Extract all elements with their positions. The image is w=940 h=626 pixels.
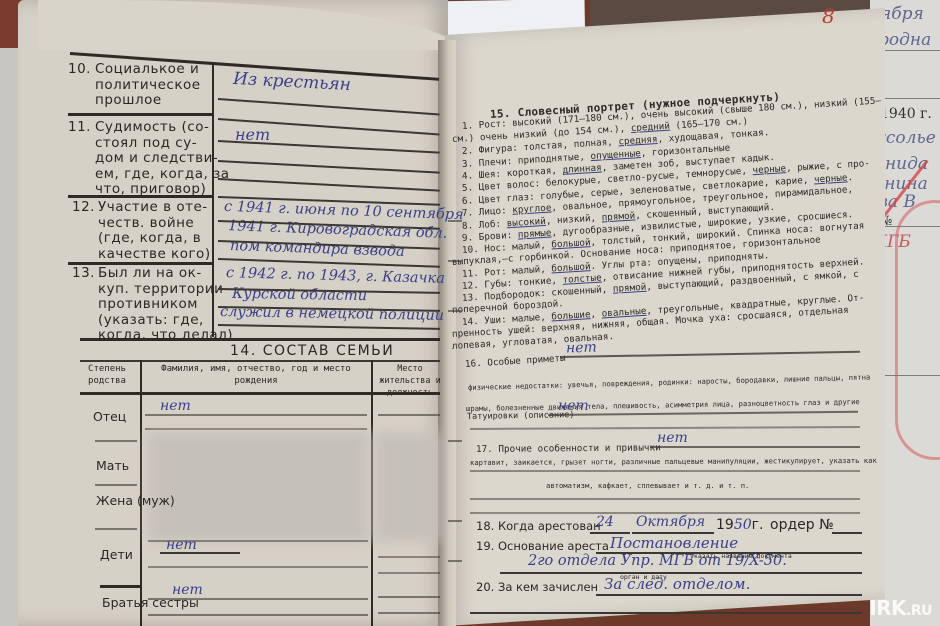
arrest-date-label: 18. Когда арестован [476,519,601,533]
enrolled-by-value: За след. отделом. [604,575,750,593]
redacted-block [375,432,441,542]
habits-label: 17. Прочие особенности и привычки [476,442,661,455]
red-stamp [895,200,940,460]
field-10-label: Социалькое и политическое прошлое [95,62,201,109]
back-paper-line: 1940 г. [880,106,932,122]
watermark-logo: IRK.RU [869,596,932,620]
arrest-order-label: ордер № [770,517,834,533]
arrest-basis-label: 19. Основание ареста [476,539,609,553]
arrest-day: 24 [596,514,614,530]
habits-hint-2: автоматизм, кафкает, сплевывает и т. д. … [546,481,749,490]
family-row-relation: Жена (муж) [96,494,175,508]
field-13-label: Был ли на ок- куп. территории противнико… [98,266,233,344]
family-header-relation: Степень родства [75,363,139,387]
family-row-relation: Мать [96,459,129,473]
family-header-name: Фамилия, имя, отчество, год и место рожд… [145,363,367,387]
family-row-relation: Отец [93,410,126,424]
arrest-year: 1950г. [716,517,763,533]
field-13-number: 13. [72,266,95,282]
field-12-label: Участие в оте- честв. войне (где, когда,… [98,200,211,262]
habits-value: нет [657,430,688,446]
field-10-number: 10. [68,62,91,78]
field-11-label: Судимость (со- стоял под су- дом и следс… [95,120,230,198]
tattoo-value: нет [558,398,589,414]
family-row-value: нет [160,398,191,414]
family-row-value: нет [172,582,203,598]
back-paper-line: ября [880,4,924,24]
enrolled-by-label: 20. За кем зачислен [476,580,598,594]
special-marks-value: нет [566,339,597,356]
arrest-basis-value-1: Постановление [610,534,738,552]
family-row-relation: Дети [100,548,133,562]
arrest-month: Октября [636,514,705,530]
background-surface [0,48,20,626]
field-12-number: 12. [72,200,95,216]
field-11-number: 11. [68,120,91,136]
redacted-block [148,432,368,542]
arrest-basis-hint: указать название документа [690,552,792,560]
page-number: 8 [822,4,835,28]
family-section-title: 14. СОСТАВ СЕМЬИ [230,343,394,359]
back-paper-line: родна [878,30,931,50]
